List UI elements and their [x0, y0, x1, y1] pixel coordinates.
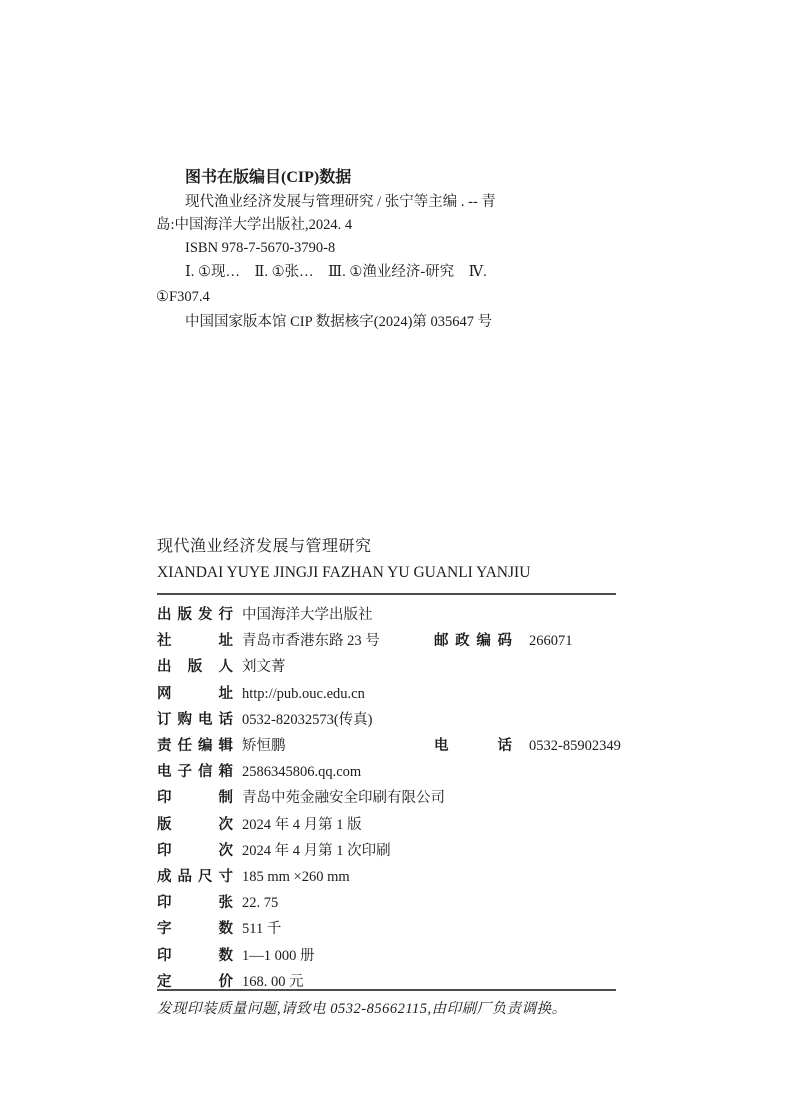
pub-info-row: 出版人刘文菁 — [157, 654, 616, 680]
title-block: 现代渔业经济发展与管理研究 XIANDAI YUYE JINGJI FAZHAN… — [157, 535, 530, 585]
pub-info-label: 印次 — [157, 839, 233, 864]
pub-info-row: 出版发行中国海洋大学出版社 — [157, 602, 616, 628]
footer-section: 发现印装质量问题,请致电 0532-85662115,由印刷厂负责调换。 — [157, 989, 616, 1022]
pub-info-value: 2586345806.qq.com — [242, 764, 361, 780]
pub-info-row: 订购电话0532-82032573(传真) — [157, 707, 616, 733]
pub-info-value: 2024 年 4 月第 1 次印刷 — [242, 843, 391, 859]
pub-info-value: 矫恒鹏 — [242, 738, 286, 754]
publication-info-section: 出版发行中国海洋大学出版社 社址青岛市香港东路 23 号 邮政编码266071 … — [157, 593, 616, 995]
pub-info-value publisher-url: http://pub.ouc.edu.cn — [242, 686, 365, 702]
cip-classification-line-1: Ⅰ. ①现… Ⅱ. ①张… Ⅲ. ①渔业经济-研究 Ⅳ. — [156, 260, 646, 285]
cip-description-line-1: 现代渔业经济发展与管理研究 / 张宁等主编 . -- 青 — [156, 191, 646, 214]
pub-info-label: 印数 — [157, 944, 233, 969]
pub-info-label: 订购电话 — [157, 708, 233, 733]
pub-info-secondary-pair: 电话0532-85902349 — [434, 733, 621, 759]
pub-info-row: 成品尺寸185 mm ×260 mm — [157, 864, 616, 890]
pub-info-label: 出版人 — [157, 655, 233, 680]
pub-info-value: 22. 75 — [242, 895, 278, 911]
pub-info-value: 刘文菁 — [242, 659, 286, 675]
pub-info-row: 字数511 千 — [157, 916, 616, 942]
book-title-pinyin: XIANDAI YUYE JINGJI FAZHAN YU GUANLI YAN… — [157, 561, 530, 585]
pub-info-row: 责任编辑矫恒鹏 电话0532-85902349 — [157, 733, 616, 759]
pub-info-label: 电话 — [434, 734, 512, 759]
pub-info-row: 版次2024 年 4 月第 1 版 — [157, 812, 616, 838]
copyright-page: 图书在版编目(CIP)数据 现代渔业经济发展与管理研究 / 张宁等主编 . --… — [0, 0, 799, 1114]
book-title: 现代渔业经济发展与管理研究 — [157, 535, 530, 559]
pub-info-label: 成品尺寸 — [157, 865, 233, 890]
pub-info-label: 版次 — [157, 813, 233, 838]
pub-info-label: 责任编辑 — [157, 734, 233, 759]
pub-info-row: 网址http://pub.ouc.edu.cn — [157, 681, 616, 707]
pub-info-label: 印制 — [157, 786, 233, 811]
pub-info-value: 0532-82032573(传真) — [242, 712, 373, 728]
pub-info-value: 2024 年 4 月第 1 版 — [242, 817, 362, 833]
pub-info-label: 网址 — [157, 682, 233, 707]
pub-info-value: 中国海洋大学出版社 — [242, 607, 373, 623]
pub-info-value: 168. 00 元 — [242, 974, 304, 990]
pub-info-row: 社址青岛市香港东路 23 号 邮政编码266071 — [157, 628, 616, 654]
cip-section: 图书在版编目(CIP)数据 现代渔业经济发展与管理研究 / 张宁等主编 . --… — [156, 165, 646, 335]
pub-info-label: 社址 — [157, 629, 233, 654]
pub-info-value: 0532-85902349 — [529, 738, 621, 754]
pub-info-label: 印张 — [157, 891, 233, 916]
cip-registry-line: 中国国家版本馆 CIP 数据核字(2024)第 035647 号 — [156, 310, 646, 335]
cip-classification-line-2: ①F307.4 — [156, 285, 646, 310]
pub-info-row: 印次2024 年 4 月第 1 次印刷 — [157, 838, 616, 864]
cip-heading: 图书在版编目(CIP)数据 — [156, 165, 646, 191]
pub-info-row: 印数1—1 000 册 — [157, 943, 616, 969]
pub-info-row: 印制青岛中苑金融安全印刷有限公司 — [157, 785, 616, 811]
pub-info-value: 511 千 — [242, 921, 281, 937]
pub-info-label: 字数 — [157, 917, 233, 942]
pub-info-value: 185 mm ×260 mm — [242, 869, 350, 885]
pub-info-label: 出版发行 — [157, 603, 233, 628]
pub-info-value: 266071 — [529, 633, 573, 649]
pub-info-label: 邮政编码 — [434, 629, 512, 654]
pub-info-value: 青岛中苑金融安全印刷有限公司 — [242, 790, 445, 806]
pub-info-row: 印张22. 75 — [157, 890, 616, 916]
pub-info-secondary-pair: 邮政编码266071 — [434, 628, 573, 654]
quality-notice: 发现印装质量问题,请致电 0532-85662115,由印刷厂负责调换。 — [157, 997, 616, 1022]
pub-info-label: 电子信箱 — [157, 760, 233, 785]
pub-info-row: 电子信箱2586345806.qq.com — [157, 759, 616, 785]
pub-info-value: 1—1 000 册 — [242, 948, 315, 964]
pub-info-value: 青岛市香港东路 23 号 — [242, 633, 380, 649]
isbn-line: ISBN 978-7-5670-3790-8 — [156, 237, 646, 260]
cip-description-line-2: 岛:中国海洋大学出版社,2024. 4 — [156, 214, 646, 237]
